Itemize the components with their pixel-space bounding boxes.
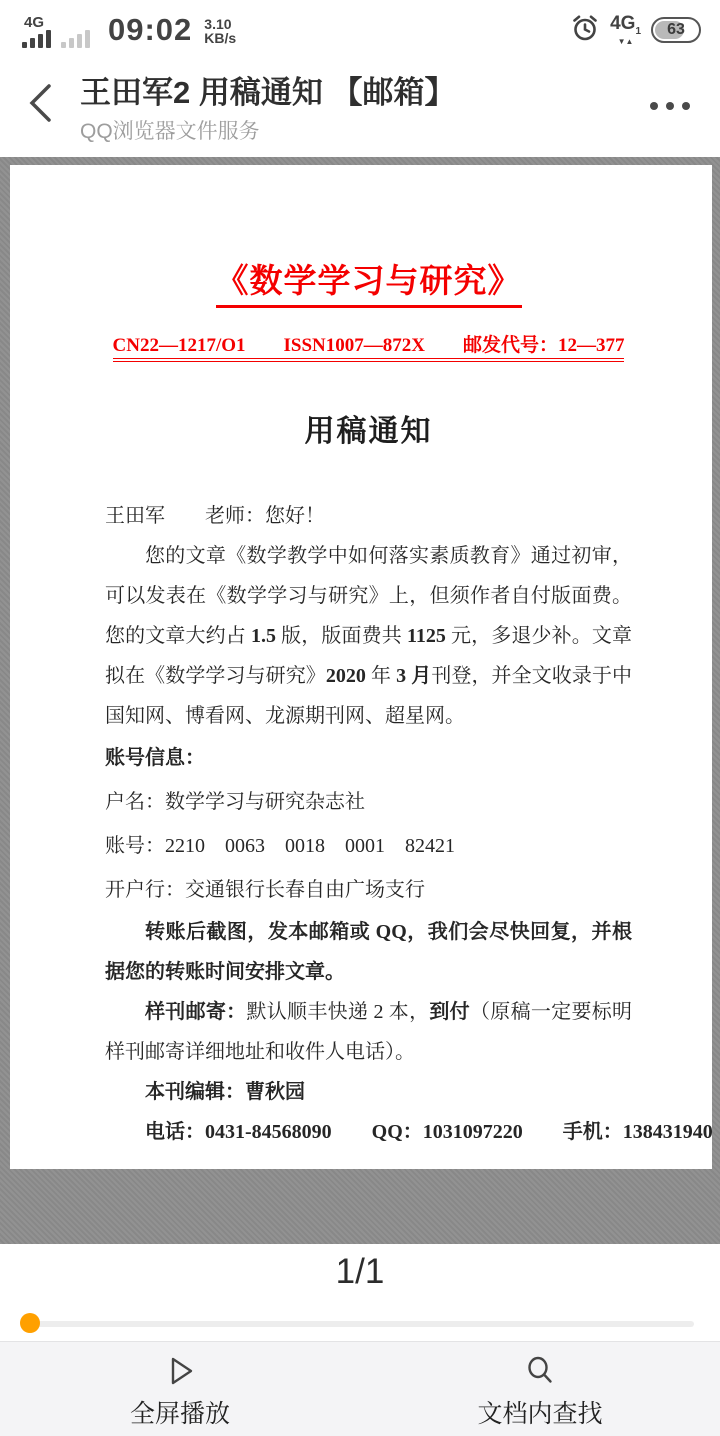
- battery-percent: 63: [667, 21, 685, 39]
- document-viewport[interactable]: 《数学学习与研究》 CN22—1217/O1 ISSN1007—872X 邮发代…: [0, 157, 720, 1244]
- page-slider[interactable]: [0, 1312, 720, 1334]
- alarm-clock-icon: [570, 13, 600, 48]
- signal-bars-icon: [22, 28, 51, 48]
- back-button[interactable]: [14, 76, 66, 136]
- contact-line: 电话：0431-84568090 QQ：1031097220 手机：138431…: [105, 1112, 632, 1152]
- account-number: 账号：2210 0063 0018 0001 82421: [105, 824, 632, 868]
- status-bar: 4G 09:02 3.10 KB/s: [0, 0, 720, 60]
- journal-codes: CN22—1217/O1 ISSN1007—872X 邮发代号：12—377: [113, 330, 625, 362]
- document-title: 王田军2 用稿通知 【邮箱】: [80, 67, 630, 112]
- network-speed: 3.10 KB/s: [204, 17, 236, 46]
- chevron-left-icon: [25, 78, 55, 133]
- app-header: 王田军2 用稿通知 【邮箱】 QQ浏览器文件服务: [0, 60, 720, 157]
- header-texts: 王田军2 用稿通知 【邮箱】 QQ浏览器文件服务: [66, 67, 630, 145]
- transfer-note: 转账后截图，发本邮箱或 QQ，我们会尽快回复，并根据您的转账时间安排文章。: [105, 912, 632, 992]
- data-arrows-icon: ▼▲: [618, 38, 634, 46]
- journal-title: 《数学学习与研究》: [216, 255, 522, 308]
- pager-bar: 1/1: [0, 1244, 720, 1341]
- phone-screen: 4G 09:02 3.10 KB/s: [0, 0, 720, 1436]
- paragraph-review: 您的文章《数学教学中如何落实素质教育》通过初审，可以发表在《数学学习与研究》上，…: [105, 536, 632, 736]
- account-bank: 开户行：交通银行长春自由广场支行: [105, 868, 632, 912]
- page-indicator: 1/1: [0, 1244, 720, 1292]
- notice-body: 王田军 老师：您好！ 您的文章《数学教学中如何落实素质教育》通过初审，可以发表在…: [105, 496, 632, 1152]
- find-in-document-button[interactable]: 文档内查找: [360, 1342, 720, 1436]
- slider-handle[interactable]: [20, 1313, 40, 1333]
- fullscreen-play-button[interactable]: 全屏播放: [0, 1342, 360, 1436]
- mobile-data-indicator: 4G1 ▼▲: [610, 14, 641, 46]
- sample-mailing: 样刊邮寄：默认顺丰快递 2 本，到付（原稿一定要标明样刊邮寄详细地址和收件人电话…: [105, 992, 632, 1072]
- status-left: 4G 09:02 3.10 KB/s: [22, 12, 236, 48]
- clock-time: 09:02: [108, 12, 192, 48]
- account-name: 户名：数学学习与研究杂志社: [105, 780, 632, 824]
- fullscreen-play-label: 全屏播放: [130, 1394, 230, 1430]
- notice-title: 用稿通知: [105, 406, 632, 450]
- greeting-line: 王田军 老师：您好！: [105, 496, 632, 536]
- search-icon: [522, 1352, 558, 1390]
- play-icon: [162, 1352, 198, 1390]
- account-info-heading: 账号信息：: [105, 736, 632, 780]
- more-dots-icon: [650, 102, 658, 110]
- slider-track[interactable]: [30, 1321, 694, 1327]
- document-source: QQ浏览器文件服务: [80, 115, 630, 145]
- bottom-toolbar: 全屏播放 文档内查找: [0, 1341, 720, 1436]
- find-in-document-label: 文档内查找: [477, 1394, 602, 1430]
- document-page: 《数学学习与研究》 CN22—1217/O1 ISSN1007—872X 邮发代…: [10, 165, 712, 1169]
- signal-bars-sim2-icon: [61, 28, 90, 48]
- more-menu-button[interactable]: [630, 76, 710, 136]
- sim1-signal: 4G: [22, 15, 51, 48]
- editor-line: 本刊编辑：曹秋园: [105, 1072, 632, 1112]
- battery-icon: 63: [651, 17, 701, 43]
- status-right: 4G1 ▼▲ 63: [570, 13, 698, 48]
